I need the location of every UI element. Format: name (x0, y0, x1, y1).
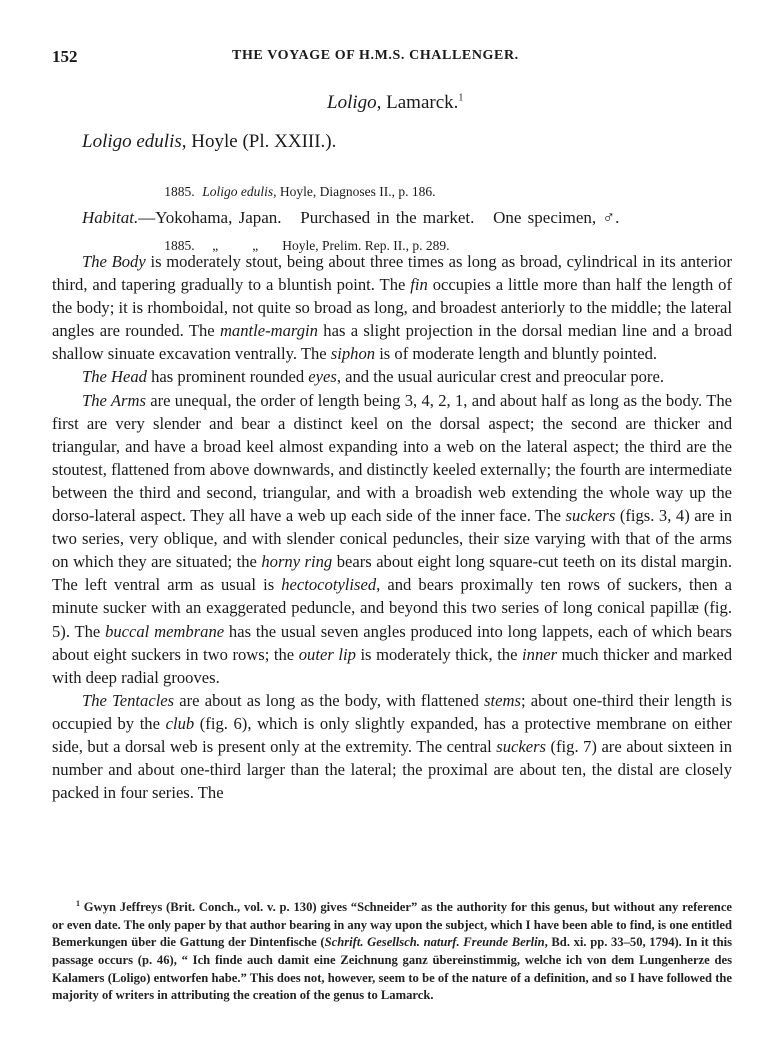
running-head: 152 THE VOYAGE OF H.M.S. CHALLENGER. (52, 47, 732, 67)
species-authority: , Hoyle (Pl. XXIII.). (182, 131, 337, 152)
term: hectocotylised (281, 575, 376, 594)
text: are unequal, the order of length being 3… (52, 391, 732, 525)
text: , and the usual auricular crest and preo… (337, 367, 664, 386)
term: siphon (331, 344, 375, 363)
habitat-line: Habitat.—Yokohama, Japan. Purchased in t… (82, 208, 619, 228)
text: is of moderate length and bluntly pointe… (375, 344, 657, 363)
page-number: 152 (52, 47, 78, 67)
term: buccal membrane (105, 622, 224, 641)
term: inner (522, 645, 557, 664)
term: suckers (566, 506, 616, 525)
footnote: 1 Gwyn Jeffreys (Brit. Conch., vol. v. p… (52, 895, 732, 1005)
term: fin (410, 275, 428, 294)
term: The Body (82, 252, 146, 271)
term: stems (484, 691, 521, 710)
term: outer lip (299, 645, 356, 664)
term: suckers (496, 737, 546, 756)
habitat-label: Habitat. (82, 208, 138, 227)
species-name: Loligo edulis (82, 131, 182, 152)
term: The Arms (82, 391, 146, 410)
term: club (166, 714, 195, 733)
synonymy-year: 1885. (164, 183, 202, 201)
term: mantle-margin (220, 321, 318, 340)
genus-authority: , Lamarck. (377, 92, 459, 113)
paragraph-head: The Head has prominent rounded eyes, and… (52, 365, 732, 388)
term: The Tentacles (82, 691, 174, 710)
journal-title: Schrift. Gesellsch. naturf. Freunde Berl… (325, 935, 545, 949)
running-title: THE VOYAGE OF H.M.S. CHALLENGER. (232, 48, 519, 64)
text: has prominent rounded (147, 367, 308, 386)
paragraph-arms: The Arms are unequal, the order of lengt… (52, 389, 732, 689)
text: is moderately thick, the (356, 645, 522, 664)
footnote-ref[interactable]: 1 (458, 93, 463, 104)
paragraph-tentacles: The Tentacles are about as long as the b… (52, 689, 732, 804)
habitat-text: —Yokohama, Japan. Purchased in the marke… (138, 208, 619, 227)
body-text: The Body is moderately stout, being abou… (52, 250, 732, 804)
species-heading: Loligo edulis, Hoyle (Pl. XXIII.). (82, 131, 336, 153)
document-page: 152 THE VOYAGE OF H.M.S. CHALLENGER. Lol… (0, 0, 776, 1050)
term: eyes (308, 367, 337, 386)
genus-name: Loligo (327, 92, 377, 113)
synonymy-ref: Hoyle, Diagnoses II., p. 186. (277, 184, 436, 199)
term: The Head (82, 367, 147, 386)
genus-heading: Loligo, Lamarck.1 (327, 92, 463, 114)
footnote-text: 1 Gwyn Jeffreys (Brit. Conch., vol. v. p… (52, 895, 732, 1005)
paragraph-body: The Body is moderately stout, being abou… (52, 250, 732, 365)
synonymy-name: Loligo edulis, (202, 184, 276, 199)
term: horny ring (261, 552, 332, 571)
text: are about as long as the body, with flat… (174, 691, 484, 710)
